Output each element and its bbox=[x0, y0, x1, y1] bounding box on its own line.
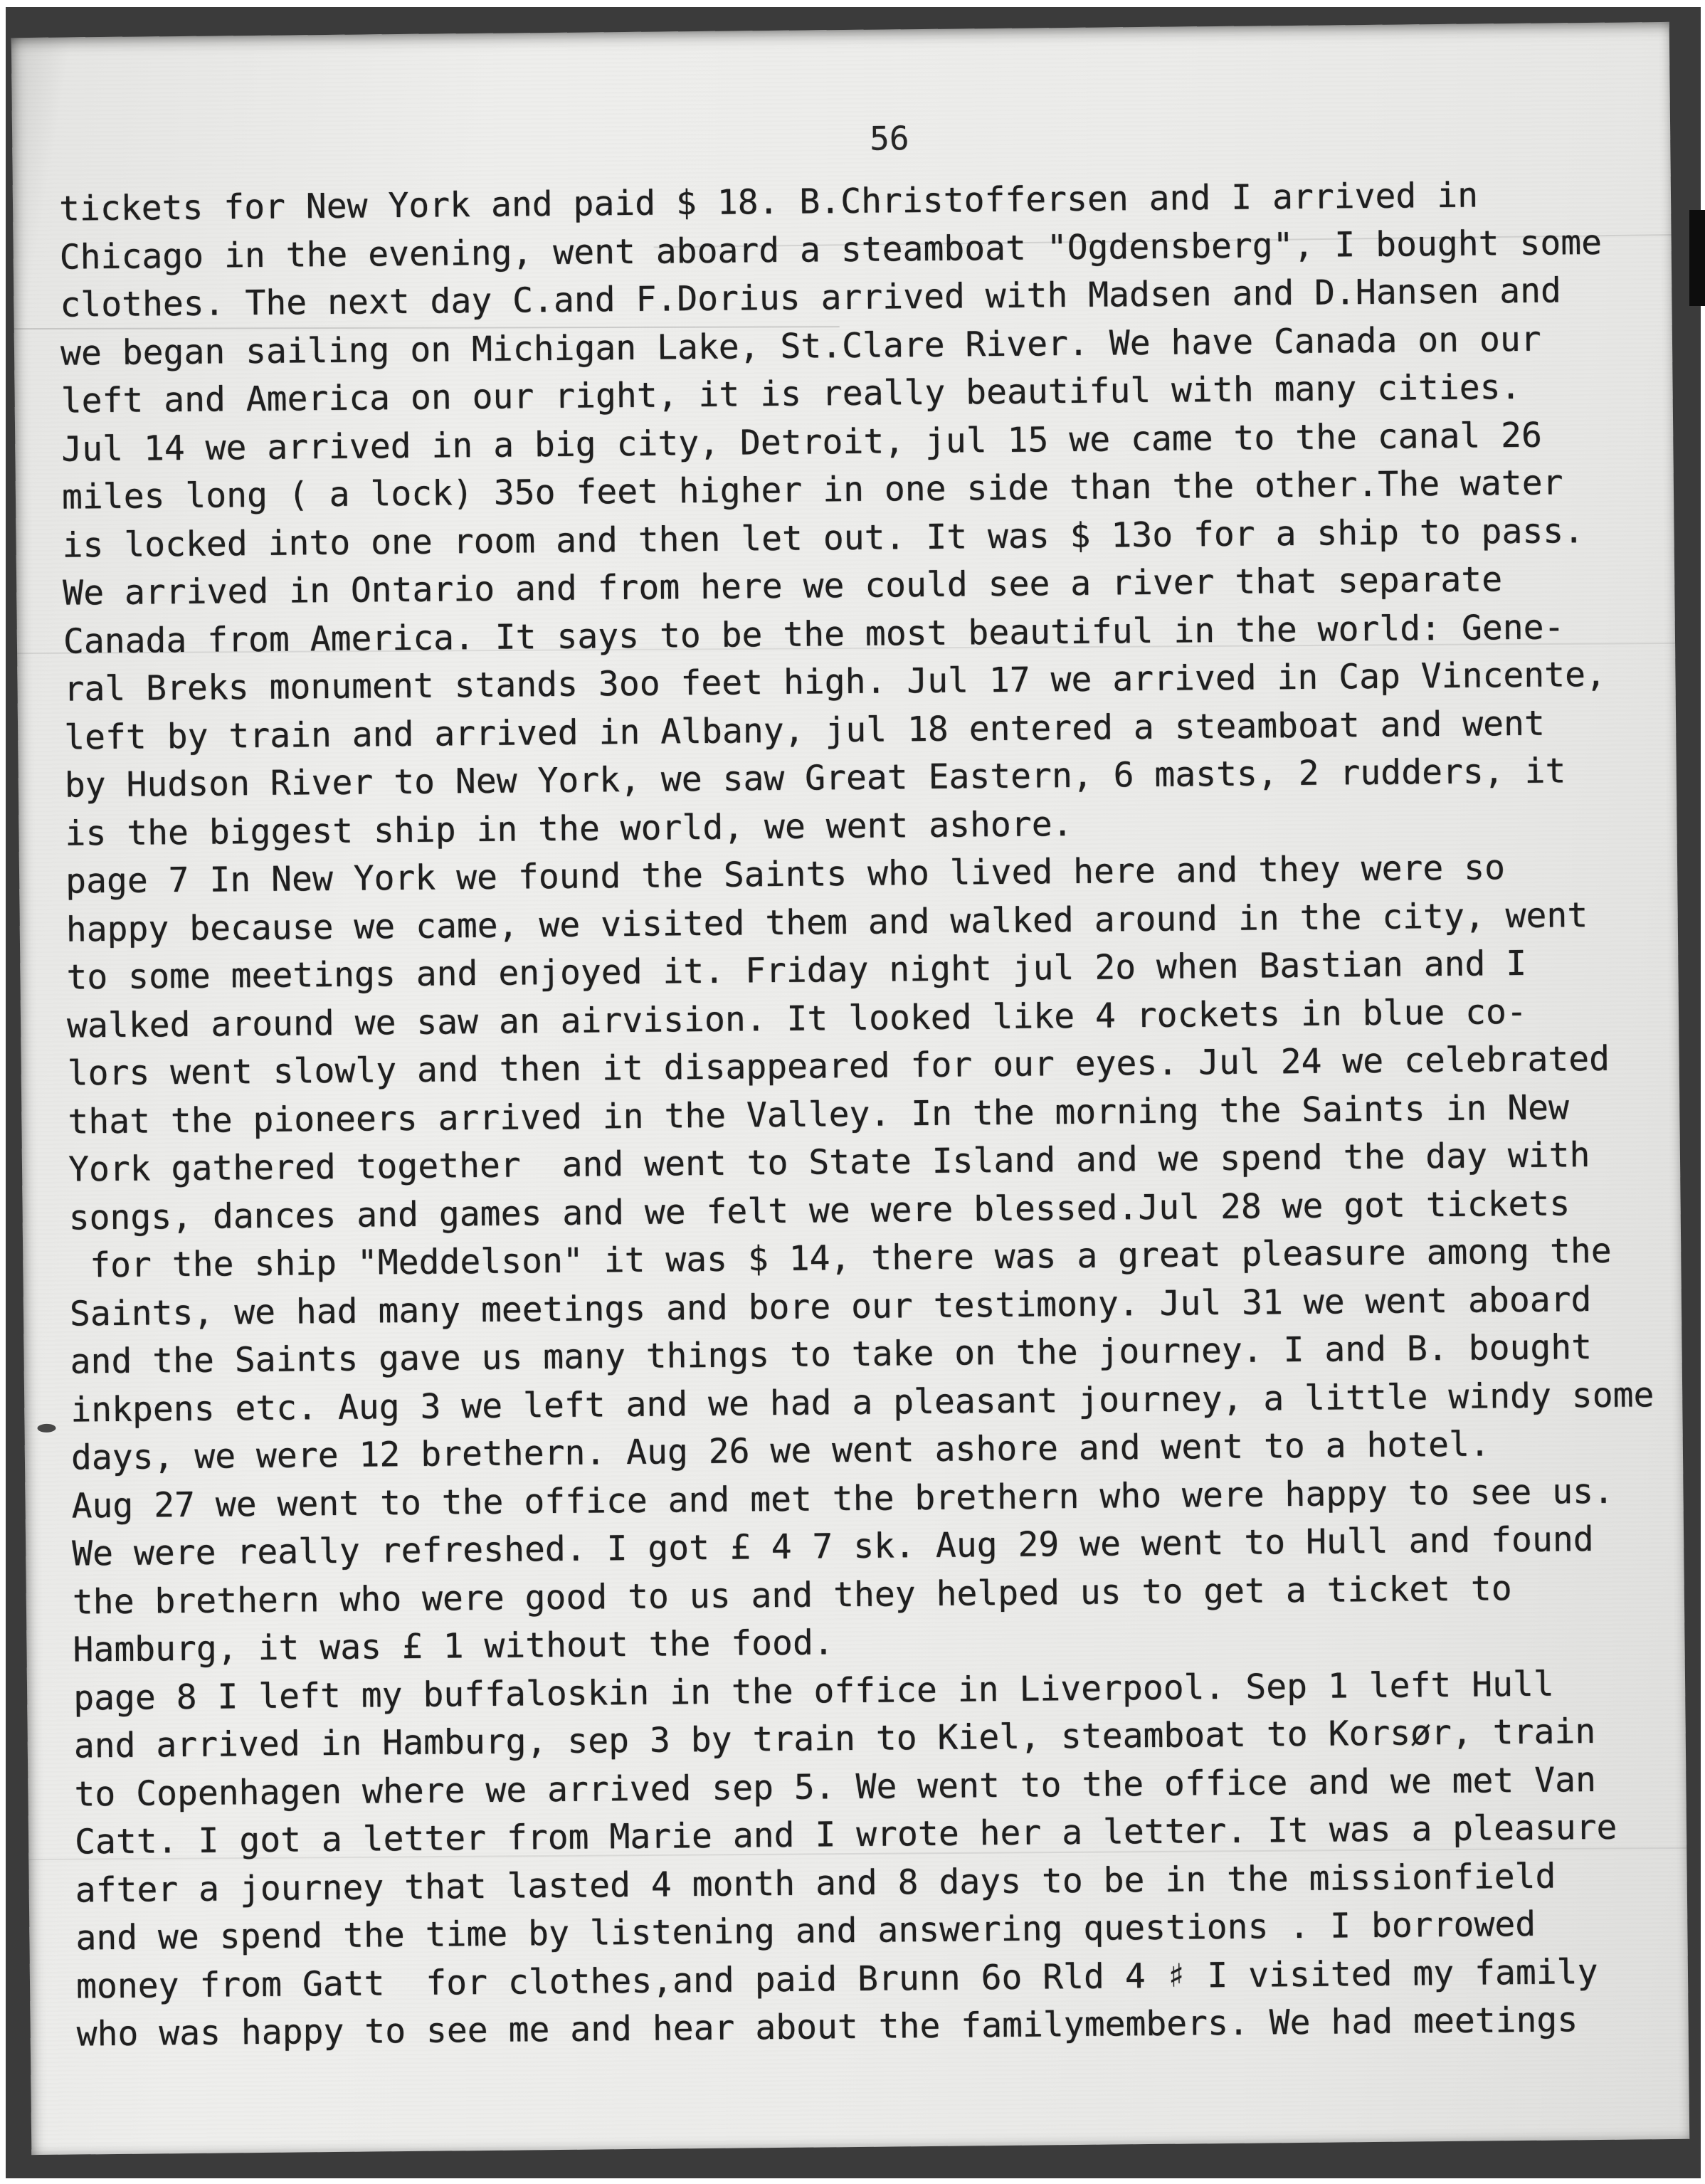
page-number: 56 bbox=[870, 119, 909, 158]
scan-edge-artifact bbox=[1689, 210, 1705, 306]
document-paper: 56 tickets for New York and paid $ 18. B… bbox=[11, 22, 1689, 2155]
scan-speck bbox=[37, 1424, 56, 1433]
scanned-document-page: { "colors": { "scanner_background": "#3b… bbox=[0, 0, 1705, 2184]
typewritten-text-block: tickets for New York and paid $ 18. B.Ch… bbox=[59, 170, 1692, 2059]
